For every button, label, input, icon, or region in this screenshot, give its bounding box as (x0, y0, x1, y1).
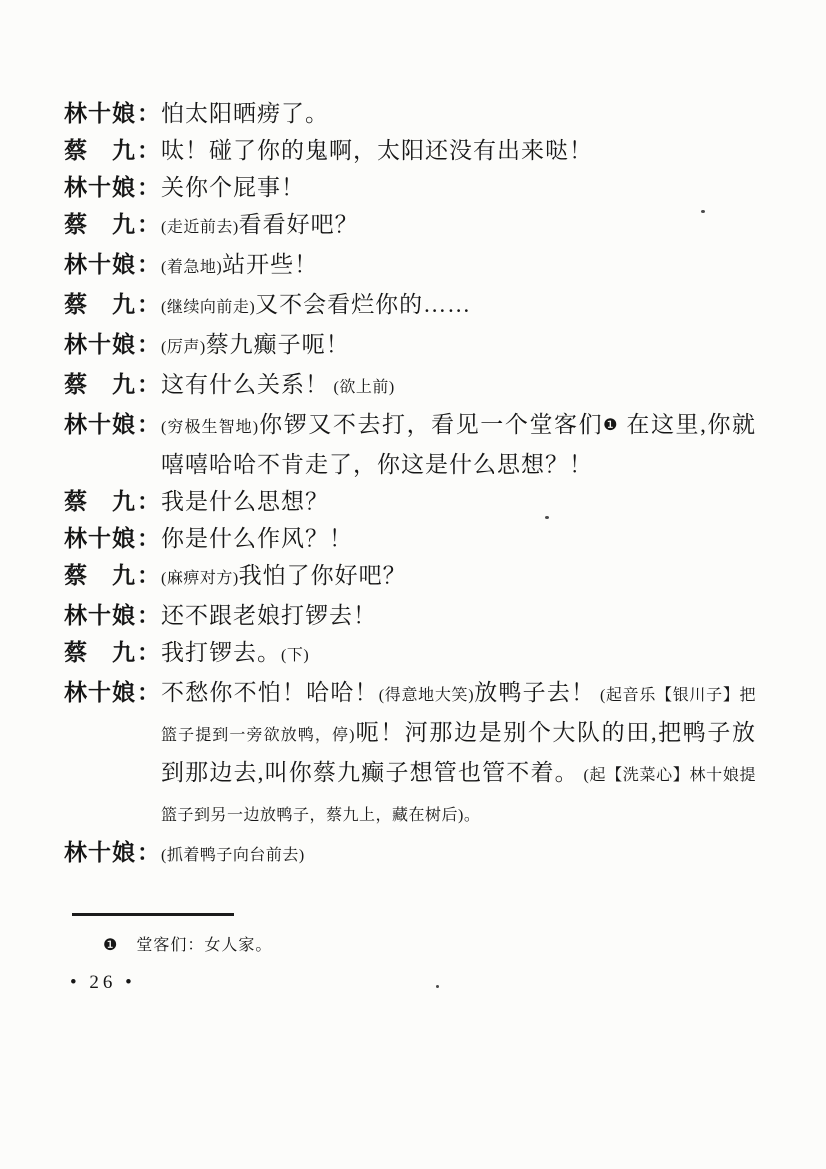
dialogue-list: 林十娘：怕太阳晒痨了。蔡九：呔！碰了你的鬼啊，太阳还没有出来哒！林十娘：关你个屁… (64, 95, 756, 874)
speaker-name: 林十娘： (64, 169, 161, 206)
speaker-char: 十 (88, 674, 112, 711)
speaker-colon: ： (137, 132, 161, 169)
footnote-divider (72, 913, 234, 916)
dialogue-entry: 林十娘：(穷极生智地)你锣又不去打，看见一个堂客们❶ 在这里,你就嘻嘻哈哈不肯走… (64, 406, 756, 483)
dialogue-segment: 蔡九癫子呃！ (206, 332, 350, 357)
stage-direction: (厉声) (161, 339, 206, 356)
stage-direction: (着急地) (161, 259, 222, 276)
speaker-chars: 蔡九 (64, 286, 136, 323)
speaker-char: 十 (88, 520, 112, 557)
speaker-chars: 蔡九 (64, 206, 136, 243)
dialogue-segment: 怕太阳晒痨了。 (161, 101, 329, 126)
dialogue-entry: 蔡九：(麻痹对方)我怕了你好吧？ (64, 557, 756, 597)
speaker-colon: ： (137, 366, 161, 403)
speaker-char: 十 (88, 246, 112, 283)
speaker-name: 林十娘： (64, 326, 161, 363)
speaker-char: 林 (64, 597, 88, 634)
dialogue-text: (走近前去)看看好吧？ (161, 206, 756, 246)
dialogue-segment: 不愁你不怕！哈哈！ (161, 680, 379, 705)
speaker-colon: ： (137, 483, 161, 520)
dialogue-segment: 站开些！ (222, 252, 318, 277)
speaker-chars: 林十娘 (64, 406, 136, 443)
speaker-chars: 蔡九 (64, 634, 136, 671)
speaker-char: 林 (64, 520, 88, 557)
dialogue-text: 怕太阳晒痨了。 (161, 95, 756, 132)
dialogue-segment: 放鸭子去！ (474, 680, 595, 705)
dialogue-text: (抓着鸭子向台前去) (161, 834, 756, 874)
speaker-char: 蔡 (64, 366, 88, 403)
dialogue-entry: 林十娘：还不跟老娘打锣去！ (64, 597, 756, 634)
dialogue-text: 还不跟老娘打锣去！ (161, 597, 756, 634)
speaker-chars: 林十娘 (64, 95, 136, 132)
dialogue-segment: 又不会看烂你的…… (255, 292, 471, 317)
speaker-char: 林 (64, 95, 88, 132)
dialogue-segment: 我怕了你好吧？ (239, 563, 407, 588)
speaker-name: 林十娘： (64, 834, 161, 871)
scan-speck (701, 210, 705, 213)
speaker-name: 蔡九： (64, 206, 161, 243)
speaker-name: 林十娘： (64, 406, 161, 443)
dialogue-entry: 蔡九：我打锣去。(下) (64, 634, 756, 674)
speaker-char: 九 (112, 557, 136, 594)
speaker-char: 娘 (112, 520, 136, 557)
speaker-colon: ： (137, 834, 161, 871)
dialogue-entry: 林十娘：关你个屁事！ (64, 169, 756, 206)
scanned-script-page: 林十娘：怕太阳晒痨了。蔡九：呔！碰了你的鬼啊，太阳还没有出来哒！林十娘：关你个屁… (0, 0, 826, 1169)
dialogue-text: (麻痹对方)我怕了你好吧？ (161, 557, 756, 597)
scan-speck (436, 985, 439, 988)
dialogue-segment: 你锣又不去打，看见一个堂客们 (259, 412, 604, 437)
speaker-char: 林 (64, 834, 88, 871)
speaker-char: 林 (64, 406, 88, 443)
dialogue-segment: 这有什么关系！ (161, 372, 329, 397)
stage-direction: (穷极生智地) (161, 419, 259, 436)
dialogue-entry: 林十娘：(厉声)蔡九癫子呃！ (64, 326, 756, 366)
speaker-char: 十 (88, 169, 112, 206)
dialogue-segment: 你是什么作风？！ (161, 526, 353, 551)
speaker-chars: 林十娘 (64, 520, 136, 557)
speaker-name: 蔡九： (64, 634, 161, 671)
speaker-colon: ： (137, 674, 161, 711)
speaker-name: 林十娘： (64, 95, 161, 132)
speaker-char: 蔡 (64, 132, 88, 169)
speaker-char: 蔡 (64, 557, 88, 594)
dialogue-entry: 林十娘：(着急地)站开些！ (64, 246, 756, 286)
speaker-char: 娘 (112, 326, 136, 363)
stage-direction: (得意地大笑) (379, 687, 474, 704)
dialogue-text: 关你个屁事！ (161, 169, 756, 206)
speaker-char: 十 (88, 406, 112, 443)
speaker-char: 九 (112, 634, 136, 671)
speaker-char: 九 (112, 483, 136, 520)
speaker-char: 娘 (112, 406, 136, 443)
speaker-colon: ： (137, 246, 161, 283)
dialogue-text: 我打锣去。(下) (161, 634, 756, 674)
speaker-colon: ： (137, 557, 161, 594)
dialogue-text: 不愁你不怕！哈哈！(得意地大笑)放鸭子去！ (起音乐【银川子】把篮子提到一旁欲放… (161, 674, 756, 834)
speaker-char: 蔡 (64, 483, 88, 520)
speaker-colon: ： (137, 286, 161, 323)
dialogue-segment: 看看好吧？ (239, 212, 359, 237)
dialogue-entry: 蔡九：这有什么关系！ (欲上前) (64, 366, 756, 406)
speaker-name: 蔡九： (64, 557, 161, 594)
dialogue-text: (穷极生智地)你锣又不去打，看见一个堂客们❶ 在这里,你就嘻嘻哈哈不肯走了，你这… (161, 406, 756, 483)
speaker-char: 林 (64, 169, 88, 206)
stage-direction: (走近前去) (161, 219, 239, 236)
dialogue-entry: 蔡九：(走近前去)看看好吧？ (64, 206, 756, 246)
speaker-char: 娘 (112, 674, 136, 711)
footnote-marker: ❶ (103, 937, 118, 954)
dialogue-text: (厉声)蔡九癫子呃！ (161, 326, 756, 366)
speaker-colon: ： (137, 597, 161, 634)
speaker-chars: 林十娘 (64, 326, 136, 363)
speaker-name: 蔡九： (64, 286, 161, 323)
dialogue-segment: 还不跟老娘打锣去！ (161, 603, 377, 628)
speaker-chars: 蔡九 (64, 132, 136, 169)
stage-direction: (麻痹对方) (161, 570, 239, 587)
speaker-colon: ： (137, 406, 161, 443)
speaker-char: 九 (112, 366, 136, 403)
speaker-char: 十 (88, 834, 112, 871)
speaker-colon: ： (137, 326, 161, 363)
speaker-name: 蔡九： (64, 483, 161, 520)
speaker-colon: ： (137, 95, 161, 132)
footnote: ❶堂客们：女人家。 (103, 932, 272, 955)
speaker-char: 十 (88, 95, 112, 132)
speaker-char: 蔡 (64, 206, 88, 243)
speaker-colon: ： (137, 520, 161, 557)
dialogue-entry: 林十娘：怕太阳晒痨了。 (64, 95, 756, 132)
speaker-name: 林十娘： (64, 674, 161, 711)
speaker-char: 林 (64, 246, 88, 283)
speaker-colon: ： (137, 634, 161, 671)
speaker-char: 娘 (112, 95, 136, 132)
dialogue-text: 呔！碰了你的鬼啊，太阳还没有出来哒！ (161, 132, 756, 169)
speaker-char: 林 (64, 674, 88, 711)
dialogue-entry: 林十娘：不愁你不怕！哈哈！(得意地大笑)放鸭子去！ (起音乐【银川子】把篮子提到… (64, 674, 756, 834)
speaker-chars: 林十娘 (64, 834, 136, 871)
page-number: • 26 • (70, 972, 136, 994)
speaker-chars: 林十娘 (64, 169, 136, 206)
dialogue-text: 这有什么关系！ (欲上前) (161, 366, 756, 406)
speaker-char: 九 (112, 286, 136, 323)
speaker-name: 蔡九： (64, 366, 161, 403)
speaker-char: 娘 (112, 169, 136, 206)
stage-direction: (抓着鸭子向台前去) (161, 847, 305, 864)
speaker-chars: 林十娘 (64, 597, 136, 634)
speaker-name: 林十娘： (64, 246, 161, 283)
speaker-char: 蔡 (64, 286, 88, 323)
speaker-char: 娘 (112, 246, 136, 283)
speaker-chars: 林十娘 (64, 674, 136, 711)
speaker-name: 林十娘： (64, 520, 161, 557)
dialogue-entry: 林十娘：(抓着鸭子向台前去) (64, 834, 756, 874)
dialogue-segment: 呔！碰了你的鬼啊，太阳还没有出来哒！ (161, 138, 593, 163)
dialogue-text: (继续向前走)又不会看烂你的…… (161, 286, 756, 326)
speaker-chars: 蔡九 (64, 557, 136, 594)
dialogue-entry: 蔡九：呔！碰了你的鬼啊，太阳还没有出来哒！ (64, 132, 756, 169)
speaker-char: 九 (112, 206, 136, 243)
speaker-colon: ： (137, 206, 161, 243)
dialogue-text: 我是什么思想？ (161, 483, 756, 520)
footnote-ref-marker: ❶ (603, 417, 619, 434)
stage-direction: (下) (281, 647, 309, 664)
dialogue-text: 你是什么作风？！ (161, 520, 756, 557)
dialogue-entry: 蔡九：(继续向前走)又不会看烂你的…… (64, 286, 756, 326)
speaker-name: 蔡九： (64, 132, 161, 169)
speaker-char: 娘 (112, 597, 136, 634)
speaker-chars: 林十娘 (64, 246, 136, 283)
dialogue-entry: 蔡九：我是什么思想？ (64, 483, 756, 520)
speaker-name: 林十娘： (64, 597, 161, 634)
dialogue-segment: 我是什么思想？ (161, 489, 329, 514)
dialogue-segment: 我打锣去。 (161, 640, 281, 665)
speaker-colon: ： (137, 169, 161, 206)
stage-direction: (欲上前) (329, 379, 395, 396)
footnote-text: 堂客们：女人家。 (136, 937, 272, 954)
speaker-char: 娘 (112, 834, 136, 871)
speaker-char: 九 (112, 132, 136, 169)
stage-direction: (继续向前走) (161, 299, 255, 316)
speaker-char: 蔡 (64, 634, 88, 671)
dialogue-segment: 关你个屁事！ (161, 175, 305, 200)
dialogue-text: (着急地)站开些！ (161, 246, 756, 286)
speaker-chars: 蔡九 (64, 483, 136, 520)
speaker-char: 十 (88, 326, 112, 363)
speaker-char: 十 (88, 597, 112, 634)
scan-speck (545, 516, 549, 519)
speaker-char: 林 (64, 326, 88, 363)
speaker-chars: 蔡九 (64, 366, 136, 403)
dialogue-entry: 林十娘：你是什么作风？！ (64, 520, 756, 557)
